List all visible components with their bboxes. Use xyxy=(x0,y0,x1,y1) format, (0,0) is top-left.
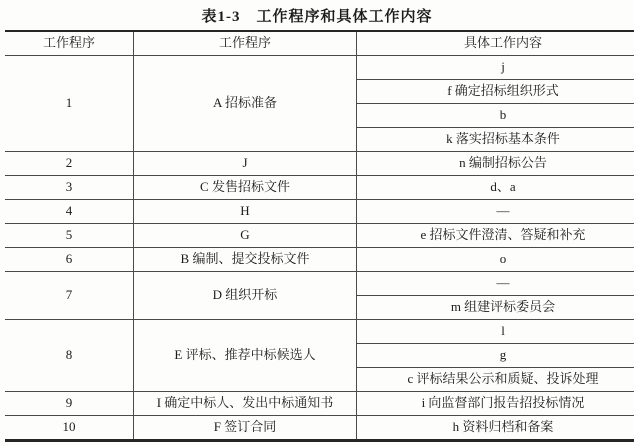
cell-procedure: G xyxy=(134,224,357,248)
cell-procedure: A 招标准备 xyxy=(134,56,357,152)
table-header: 工作程序工作程序具体工作内容 xyxy=(5,31,634,56)
cell-content: g xyxy=(357,344,634,368)
table-row: 9I 确定中标人、发出中标通知书i 向监督部门报告招投标情况 xyxy=(5,392,634,416)
cell-content: i 向监督部门报告招投标情况 xyxy=(357,392,634,416)
table-row: 1A 招标准备j xyxy=(5,56,634,80)
table-row: 10F 签订合同h 资料归档和备案 xyxy=(5,416,634,441)
table-row: 7D 组织开标— xyxy=(5,272,634,296)
cell-procedure-no: 9 xyxy=(5,392,134,416)
column-header-procedure-no: 工作程序 xyxy=(5,31,134,56)
cell-procedure: J xyxy=(134,152,357,176)
cell-content: c 评标结果公示和质疑、投诉处理 xyxy=(357,368,634,392)
cell-procedure-no: 3 xyxy=(5,176,134,200)
column-header-procedure: 工作程序 xyxy=(134,31,357,56)
table-row: 3C 发售招标文件d、a xyxy=(5,176,634,200)
cell-content: m 组建评标委员会 xyxy=(357,296,634,320)
cell-content: k 落实招标基本条件 xyxy=(357,128,634,152)
cell-procedure-no: 4 xyxy=(5,200,134,224)
cell-procedure-no: 6 xyxy=(5,248,134,272)
table-row: 8E 评标、推荐中标候选人l xyxy=(5,320,634,344)
cell-procedure-no: 1 xyxy=(5,56,134,152)
cell-content: f 确定招标组织形式 xyxy=(357,80,634,104)
cell-content: o xyxy=(357,248,634,272)
cell-procedure: H xyxy=(134,200,357,224)
cell-procedure-no: 8 xyxy=(5,320,134,392)
cell-content: d、a xyxy=(357,176,634,200)
table-title: 表1-3 工作程序和具体工作内容 xyxy=(0,0,634,30)
header-row: 工作程序工作程序具体工作内容 xyxy=(5,31,634,56)
cell-content: n 编制招标公告 xyxy=(357,152,634,176)
cell-procedure-no: 5 xyxy=(5,224,134,248)
cell-procedure: D 组织开标 xyxy=(134,272,357,320)
table-row: 5Ge 招标文件澄清、答疑和补充 xyxy=(5,224,634,248)
table-body: 1A 招标准备jf 确定招标组织形式bk 落实招标基本条件2Jn 编制招标公告3… xyxy=(5,56,634,441)
cell-content: h 资料归档和备案 xyxy=(357,416,634,441)
cell-procedure: E 评标、推荐中标候选人 xyxy=(134,320,357,392)
cell-content: e 招标文件澄清、答疑和补充 xyxy=(357,224,634,248)
cell-content: l xyxy=(357,320,634,344)
cell-content: — xyxy=(357,200,634,224)
table-row: 6B 编制、提交投标文件o xyxy=(5,248,634,272)
table-row: 2Jn 编制招标公告 xyxy=(5,152,634,176)
cell-content: b xyxy=(357,104,634,128)
table-row: 4H— xyxy=(5,200,634,224)
cell-content: j xyxy=(357,56,634,80)
work-procedures-table: 工作程序工作程序具体工作内容 1A 招标准备jf 确定招标组织形式bk 落实招标… xyxy=(5,30,634,442)
cell-procedure: C 发售招标文件 xyxy=(134,176,357,200)
column-header-content: 具体工作内容 xyxy=(357,31,634,56)
cell-procedure-no: 2 xyxy=(5,152,134,176)
cell-procedure: I 确定中标人、发出中标通知书 xyxy=(134,392,357,416)
cell-procedure-no: 7 xyxy=(5,272,134,320)
cell-content: — xyxy=(357,272,634,296)
cell-procedure-no: 10 xyxy=(5,416,134,441)
document-page: 表1-3 工作程序和具体工作内容 工作程序工作程序具体工作内容 1A 招标准备j… xyxy=(0,0,634,446)
cell-procedure: F 签订合同 xyxy=(134,416,357,441)
cell-procedure: B 编制、提交投标文件 xyxy=(134,248,357,272)
